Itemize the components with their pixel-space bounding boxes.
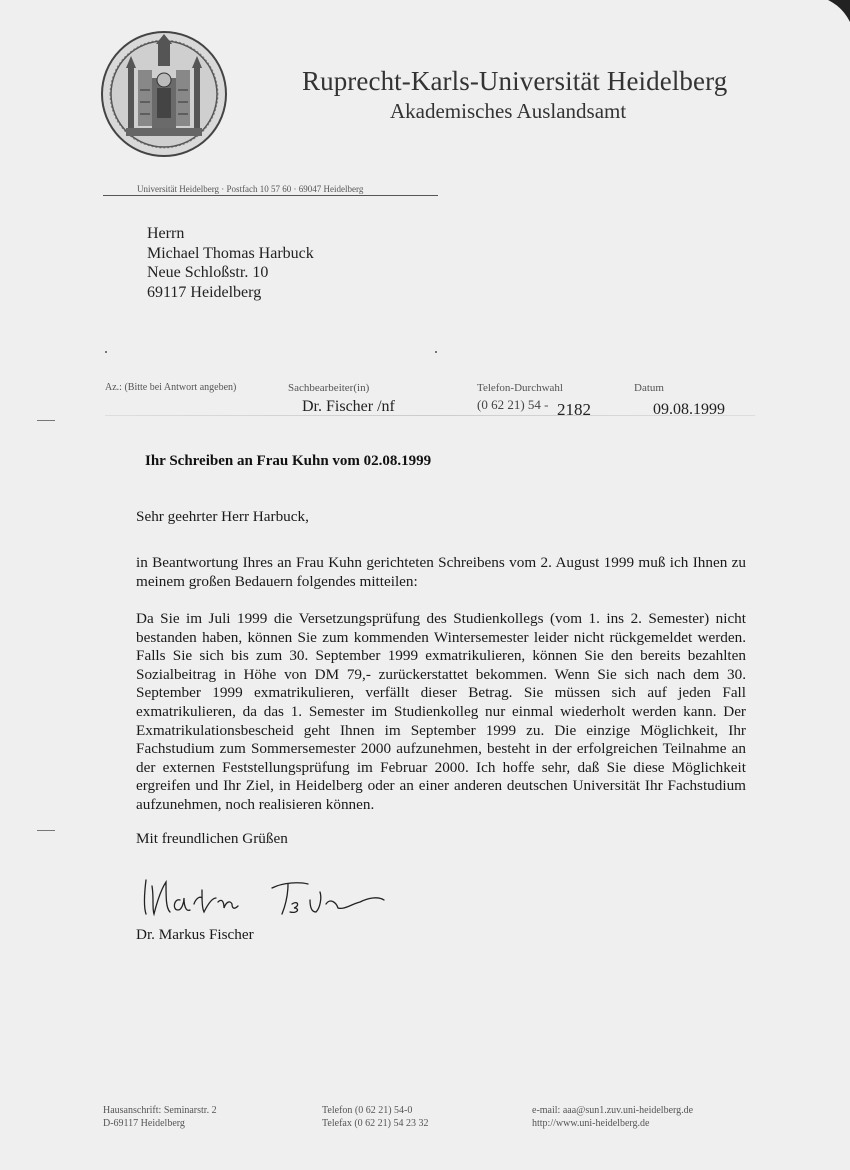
letter-greeting: Sehr geehrter Herr Harbuck, xyxy=(136,508,309,526)
recipient-street: Neue Schloßstr. 10 xyxy=(147,263,314,283)
university-name: Ruprecht-Karls-Universität Heidelberg xyxy=(302,66,727,97)
reference-label: Az.: (Bitte bei Antwort angeben) xyxy=(105,382,236,393)
footer-phone-block: Telefon (0 62 21) 54-0 Telefax (0 62 21)… xyxy=(322,1104,429,1130)
university-seal-icon xyxy=(100,30,228,158)
clerk-label: Sachbearbeiter(in) xyxy=(288,382,369,394)
return-address: Universität Heidelberg · Postfach 10 57 … xyxy=(137,184,363,194)
footer-contact-block: e-mail: aaa@sun1.zuv.uni-heidelberg.de h… xyxy=(532,1104,693,1130)
window-fold-mark xyxy=(105,351,107,353)
handwritten-signature-icon xyxy=(140,868,400,928)
footer-fax: Telefax (0 62 21) 54 23 32 xyxy=(322,1117,429,1130)
letter-closing: Mit freundlichen Grüßen xyxy=(136,830,288,848)
window-fold-mark xyxy=(435,351,437,353)
phone-extension: 2182 xyxy=(557,400,591,420)
phone-label: Telefon-Durchwahl xyxy=(477,382,563,394)
date-label: Datum xyxy=(634,382,664,394)
footer-phone: Telefon (0 62 21) 54-0 xyxy=(322,1104,429,1117)
reference-divider xyxy=(105,415,755,416)
phone-prefix: (0 62 21) 54 - xyxy=(477,397,549,413)
recipient-name: Michael Thomas Harbuck xyxy=(147,244,314,264)
paragraph-intro: in Beantwortung Ihres an Frau Kuhn geric… xyxy=(136,554,746,591)
clerk-value: Dr. Fischer /nf xyxy=(302,398,395,416)
footer-email[interactable]: e-mail: aaa@sun1.zuv.uni-heidelberg.de xyxy=(532,1104,693,1117)
recipient-address: Herrn Michael Thomas Harbuck Neue Schloß… xyxy=(147,224,314,302)
paragraph-main: Da Sie im Juli 1999 die Versetzungsprüfu… xyxy=(136,610,746,815)
date-value: 09.08.1999 xyxy=(653,401,725,419)
letter-subject: Ihr Schreiben an Frau Kuhn vom 02.08.199… xyxy=(145,453,431,470)
fold-mark-top xyxy=(37,420,55,421)
fold-mark-bottom xyxy=(37,830,55,831)
department-name: Akademisches Auslandsamt xyxy=(390,99,626,124)
return-address-divider xyxy=(103,195,438,196)
footer-website[interactable]: http://www.uni-heidelberg.de xyxy=(532,1117,693,1130)
footer-address-line1: Hausanschrift: Seminarstr. 2 xyxy=(103,1104,217,1117)
footer-address-line2: D-69117 Heidelberg xyxy=(103,1117,217,1130)
recipient-salutation: Herrn xyxy=(147,224,314,244)
recipient-city: 69117 Heidelberg xyxy=(147,283,314,303)
scan-corner-shadow-icon xyxy=(820,0,850,30)
signer-name: Dr. Markus Fischer xyxy=(136,926,254,944)
footer-address: Hausanschrift: Seminarstr. 2 D-69117 Hei… xyxy=(103,1104,217,1130)
